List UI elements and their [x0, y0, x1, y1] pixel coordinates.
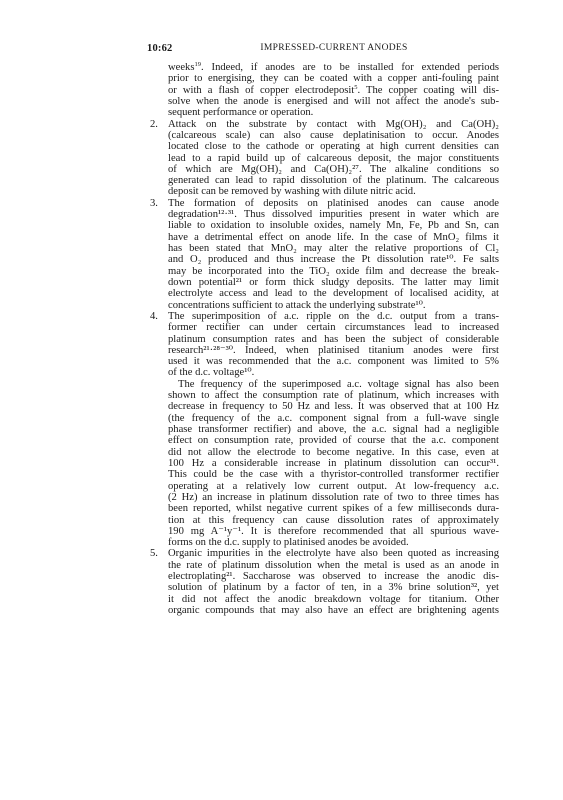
text-line: located close to the cathode or operatin… — [168, 141, 499, 152]
running-header: 10:62 IMPRESSED-CURRENT ANODES — [147, 43, 499, 57]
text-line: This could be the case with a thyristor-… — [168, 469, 499, 480]
item-4-followup-paragraph: The frequency of the superimposed a.c. v… — [168, 379, 499, 549]
text-line: or with a flash of copper electrodeposit… — [168, 85, 499, 96]
text-line: deposit can be removed by washing with d… — [168, 186, 499, 197]
running-title: IMPRESSED-CURRENT ANODES — [147, 43, 499, 53]
text-line: solution of platinum by a factor of ten,… — [168, 582, 499, 593]
text-line: research²¹·²⁸⁻³⁰. Indeed, when platinise… — [168, 345, 499, 356]
text-line: solve when the anode is energised and wi… — [168, 96, 499, 107]
text-line: of which are Mg(OH)₂ and Ca(OH)₂²⁷. The … — [168, 164, 499, 175]
text-line: lead to a rapid build up of calcareous d… — [168, 153, 499, 164]
text-line: concentrations sufficient to attack the … — [168, 300, 499, 311]
text-line: effect on consumption rate, provided of … — [168, 435, 499, 446]
text-line: The formation of deposits on platinised … — [168, 198, 499, 209]
text-line: the rate of platinum dissolution when th… — [168, 560, 499, 571]
list-item-number: 3. — [150, 198, 158, 209]
text-line: degradation¹²·³¹. Thus dissolved impurit… — [168, 209, 499, 220]
text-line: electrolyte access and lead to the devel… — [168, 288, 499, 299]
text-line: (2 Hz) an increase in platinum dissoluti… — [168, 492, 499, 503]
text-line: Organic impurities in the electrolyte ha… — [168, 548, 499, 559]
text-line: and O₂ produced and thus increase the Pt… — [168, 254, 499, 265]
text-line: shown to affect the consumption rate of … — [168, 390, 499, 401]
text-line: (the frequency of the a.c. component sig… — [168, 413, 499, 424]
text-line: platinum consumption rates and has been … — [168, 334, 499, 345]
text-line: have a detrimental effect on anode life.… — [168, 232, 499, 243]
text-line: prior to energising, they can be coated … — [168, 73, 499, 84]
list-item-5: 5. Organic impurities in the electrolyte… — [168, 548, 499, 616]
text-line: Attack on the substrate by contact with … — [168, 119, 499, 130]
list-item-number: 2. — [150, 119, 158, 130]
list-item-3: 3. The formation of deposits on platinis… — [168, 198, 499, 311]
list-item-number: 4. — [150, 311, 158, 322]
text-line: generated can lead to rapid dissolution … — [168, 175, 499, 186]
text-line: (calcareous scale) can also cause deplat… — [168, 130, 499, 141]
text-line: former rectifier can under certain circu… — [168, 322, 499, 333]
text-line: organic compounds that may also have an … — [168, 605, 499, 616]
text-line: electroplating²¹. Saccharose was observe… — [168, 571, 499, 582]
text-line: has been stated that MnO₂ may alter the … — [168, 243, 499, 254]
text-line: sequent performance or operation. — [168, 107, 499, 118]
text-line: may be incorporated into the TiO₂ oxide … — [168, 266, 499, 277]
text-line: it did not affect the anodic breakdown v… — [168, 594, 499, 605]
text-line: The frequency of the superimposed a.c. v… — [168, 379, 499, 390]
text-line: down potential²¹ or form thick sludgy de… — [168, 277, 499, 288]
text-line: 100 Hz a considerable increase in platin… — [168, 458, 499, 469]
document-page: 10:62 IMPRESSED-CURRENT ANODES weeks19. … — [0, 0, 563, 800]
text-line: used it was recommended that the a.c. co… — [168, 356, 499, 367]
text-line: 190 mg A⁻¹y⁻¹. It is therefore recommend… — [168, 526, 499, 537]
body-text: weeks19. Indeed, if anodes are to be ins… — [168, 62, 499, 616]
text-line: decrease in frequency to 50 Hz and less.… — [168, 401, 499, 412]
text-line: did not allow the electrode to become ne… — [168, 447, 499, 458]
list-item-2: 2. Attack on the substrate by contact wi… — [168, 119, 499, 198]
text-line: operating at a relatively low current ou… — [168, 481, 499, 492]
text-line: phase transformer rectifier) and above, … — [168, 424, 499, 435]
continuation-paragraph: weeks19. Indeed, if anodes are to be ins… — [168, 62, 499, 119]
text-line: weeks19. Indeed, if anodes are to be ins… — [168, 62, 499, 73]
text-line: been reported, whilst negative current s… — [168, 503, 499, 514]
text-line: forms on the d.c. supply to platinised a… — [168, 537, 499, 548]
list-item-4: 4. The superimposition of a.c. ripple on… — [168, 311, 499, 549]
list-item-number: 5. — [150, 548, 158, 559]
text-line: liable to oxidation to insoluble oxides,… — [168, 220, 499, 231]
text-line: The superimposition of a.c. ripple on th… — [168, 311, 499, 322]
text-line: of the d.c. voltage¹⁰. — [168, 367, 499, 378]
text-line: tion at this frequency can cause dissolu… — [168, 515, 499, 526]
